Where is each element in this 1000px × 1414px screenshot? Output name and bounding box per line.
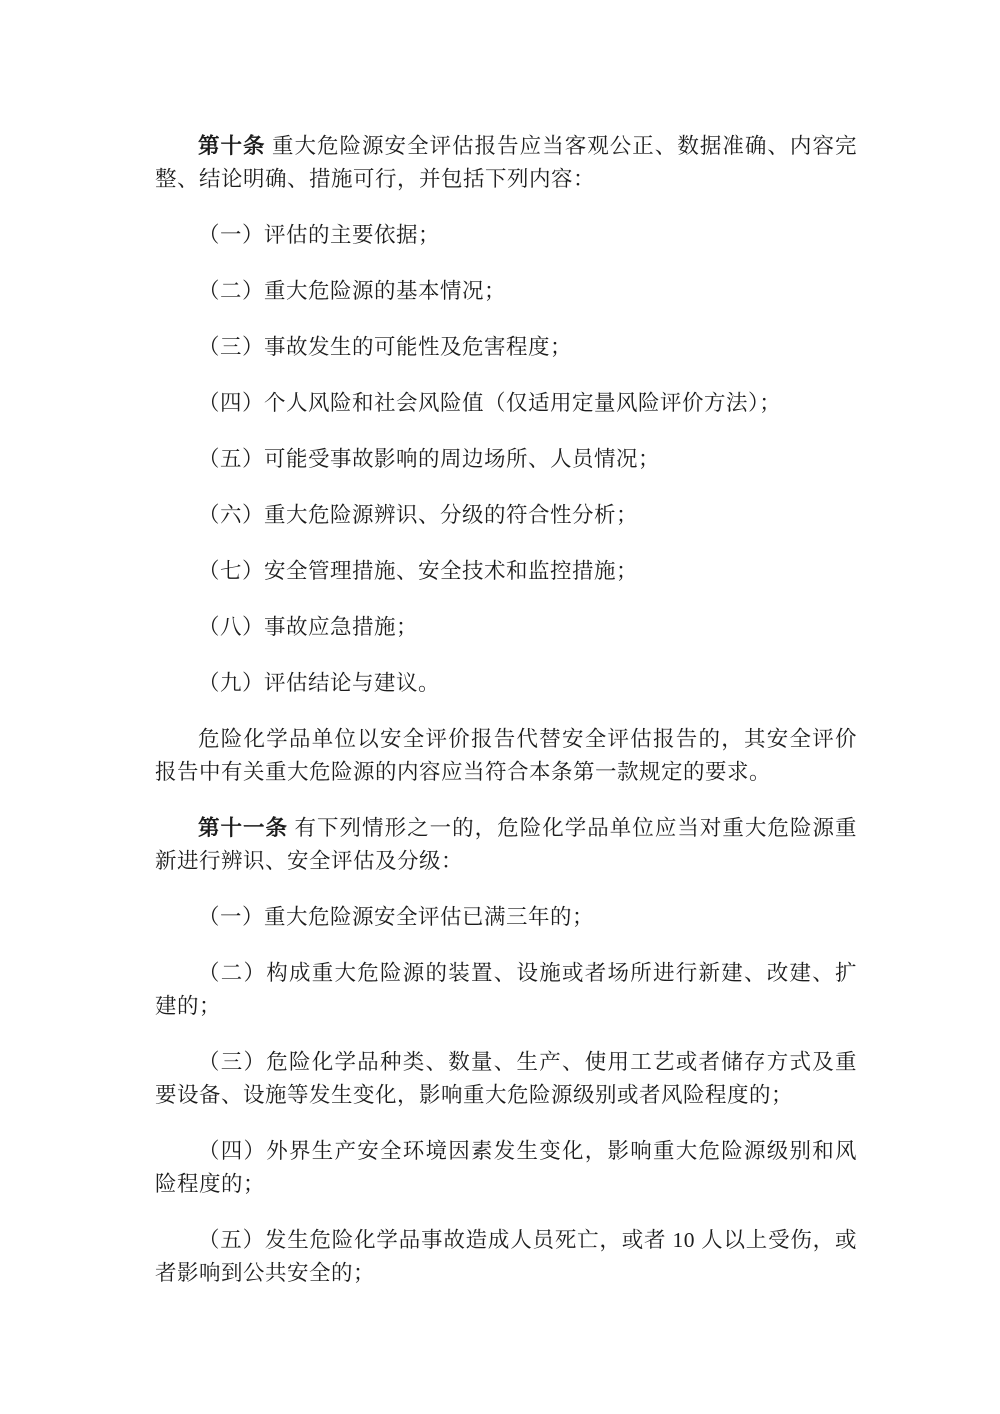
document-page: 第十条 重大危险源安全评估报告应当客观公正、数据准确、内容完整、结论明确、措施可… <box>0 0 1000 1414</box>
article-10-item-4: （四）个人风险和社会风险值（仅适用定量风险评价方法）； <box>155 387 857 420</box>
article-10-item-6: （六）重大危险源辨识、分级的符合性分析； <box>155 499 857 532</box>
article-10-item-2: （二）重大危险源的基本情况； <box>155 275 857 308</box>
document-body: 第十条 重大危险源安全评估报告应当客观公正、数据准确、内容完整、结论明确、措施可… <box>155 130 857 1313</box>
article-10-closing-paragraph: 危险化学品单位以安全评价报告代替安全评估报告的，其安全评价报告中有关重大危险源的… <box>155 723 857 789</box>
article-10-number: 第十条 <box>198 134 266 158</box>
article-10-item-5: （五）可能受事故影响的周边场所、人员情况； <box>155 443 857 476</box>
article-11-item-1: （一）重大危险源安全评估已满三年的； <box>155 901 857 934</box>
article-10-item-3: （三）事故发生的可能性及危害程度； <box>155 331 857 364</box>
article-10-item-1: （一）评估的主要依据； <box>155 219 857 252</box>
article-10-opening-paragraph: 第十条 重大危险源安全评估报告应当客观公正、数据准确、内容完整、结论明确、措施可… <box>155 130 857 196</box>
article-11-item-3: （三）危险化学品种类、数量、生产、使用工艺或者储存方式及重要设备、设施等发生变化… <box>155 1046 857 1112</box>
article-10-item-9: （九）评估结论与建议。 <box>155 667 857 700</box>
article-11-number: 第十一条 <box>198 816 288 840</box>
article-10-item-7: （七）安全管理措施、安全技术和监控措施； <box>155 555 857 588</box>
article-10-item-8: （八）事故应急措施； <box>155 611 857 644</box>
article-11-item-4: （四）外界生产安全环境因素发生变化，影响重大危险源级别和风险程度的； <box>155 1135 857 1201</box>
article-11-item-2: （二）构成重大危险源的装置、设施或者场所进行新建、改建、扩建的； <box>155 957 857 1023</box>
article-11-opening-paragraph: 第十一条 有下列情形之一的，危险化学品单位应当对重大危险源重新进行辨识、安全评估… <box>155 812 857 878</box>
article-11-item-5: （五）发生危险化学品事故造成人员死亡，或者 10 人以上受伤，或者影响到公共安全… <box>155 1224 857 1290</box>
